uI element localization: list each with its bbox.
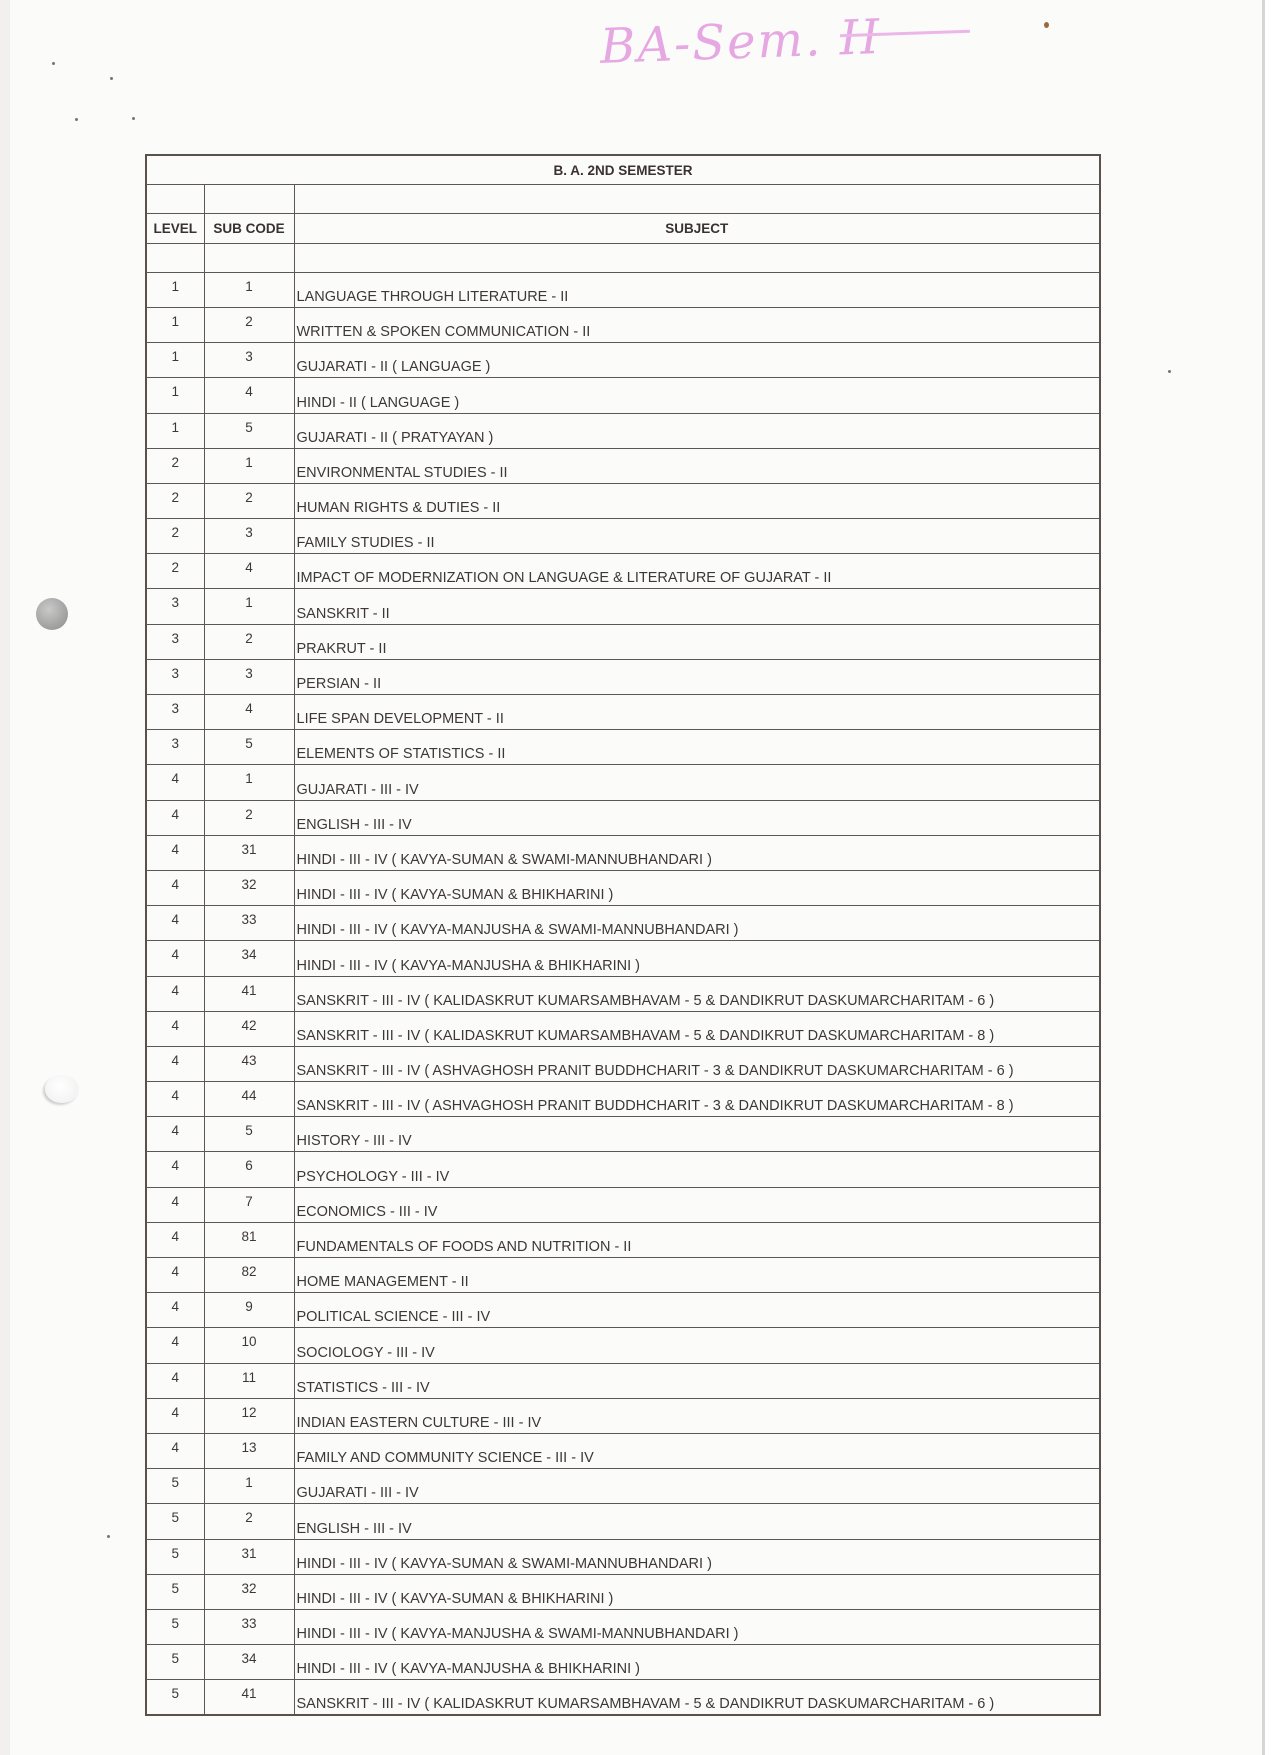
spacer-row — [146, 185, 1100, 214]
subject-cell: GUJARATI - II ( LANGUAGE ) — [294, 343, 1100, 378]
sub-code-cell: 1 — [204, 272, 294, 307]
level-cell: 4 — [146, 800, 204, 835]
level-cell: 4 — [146, 1293, 204, 1328]
subject-cell: SANSKRIT - II — [294, 589, 1100, 624]
scan-left-edge — [0, 0, 10, 1755]
handwritten-note: BA-Sem. II — [599, 9, 882, 75]
subject-cell: ENVIRONMENTAL STUDIES - II — [294, 448, 1100, 483]
sub-code-cell: 31 — [204, 1539, 294, 1574]
table-row: 22HUMAN RIGHTS & DUTIES - II — [146, 483, 1100, 518]
level-cell: 5 — [146, 1680, 204, 1716]
sub-code-cell: 43 — [204, 1046, 294, 1081]
sub-code-cell: 4 — [204, 695, 294, 730]
sub-code-cell: 34 — [204, 1645, 294, 1680]
level-cell: 4 — [146, 976, 204, 1011]
sub-code-cell: 9 — [204, 1293, 294, 1328]
level-cell: 4 — [146, 1363, 204, 1398]
header-sub-code: SUB CODE — [204, 214, 294, 243]
sub-code-cell: 1 — [204, 1469, 294, 1504]
sub-code-cell: 4 — [204, 554, 294, 589]
level-cell: 4 — [146, 1117, 204, 1152]
sub-code-cell: 1 — [204, 765, 294, 800]
subject-cell: INDIAN EASTERN CULTURE - III - IV — [294, 1398, 1100, 1433]
table-row: 444SANSKRIT - III - IV ( ASHVAGHOSH PRAN… — [146, 1082, 1100, 1117]
subject-cell: SANSKRIT - III - IV ( ASHVAGHOSH PRANIT … — [294, 1046, 1100, 1081]
scan-speck — [52, 62, 55, 65]
subject-cell: HINDI - III - IV ( KAVYA-SUMAN & BHIKHAR… — [294, 1574, 1100, 1609]
table-title-row: B. A. 2ND SEMESTER — [146, 155, 1100, 185]
sub-code-cell: 41 — [204, 1680, 294, 1716]
sub-code-cell: 6 — [204, 1152, 294, 1187]
table-row: 32PRAKRUT - II — [146, 624, 1100, 659]
level-cell: 1 — [146, 413, 204, 448]
sub-code-cell: 2 — [204, 800, 294, 835]
level-cell: 3 — [146, 695, 204, 730]
subject-cell: LIFE SPAN DEVELOPMENT - II — [294, 695, 1100, 730]
table-row: 441SANSKRIT - III - IV ( KALIDASKRUT KUM… — [146, 976, 1100, 1011]
level-cell: 5 — [146, 1469, 204, 1504]
table-row: 411STATISTICS - III - IV — [146, 1363, 1100, 1398]
subject-cell: HINDI - III - IV ( KAVYA-MANJUSHA & SWAM… — [294, 906, 1100, 941]
table-row: 410SOCIOLOGY - III - IV — [146, 1328, 1100, 1363]
sub-code-cell: 81 — [204, 1222, 294, 1257]
subject-cell: ECONOMICS - III - IV — [294, 1187, 1100, 1222]
scan-speck — [110, 77, 113, 80]
sub-code-cell: 2 — [204, 624, 294, 659]
subject-cell: SANSKRIT - III - IV ( KALIDASKRUT KUMARS… — [294, 1680, 1100, 1716]
table-row: 481FUNDAMENTALS OF FOODS AND NUTRITION -… — [146, 1222, 1100, 1257]
sub-code-cell: 3 — [204, 343, 294, 378]
table-row: 33PERSIAN - II — [146, 659, 1100, 694]
subject-cell: HINDI - III - IV ( KAVYA-SUMAN & SWAMI-M… — [294, 835, 1100, 870]
subject-cell: LANGUAGE THROUGH LITERATURE - II — [294, 272, 1100, 307]
table-row: 42ENGLISH - III - IV — [146, 800, 1100, 835]
subject-cell: GUJARATI - II ( PRATYAYAN ) — [294, 413, 1100, 448]
subject-cell: FAMILY STUDIES - II — [294, 519, 1100, 554]
sub-code-cell: 42 — [204, 1011, 294, 1046]
level-cell: 5 — [146, 1539, 204, 1574]
subject-cell: HUMAN RIGHTS & DUTIES - II — [294, 483, 1100, 518]
level-cell: 4 — [146, 1046, 204, 1081]
subject-cell: HINDI - III - IV ( KAVYA-MANJUSHA & SWAM… — [294, 1609, 1100, 1644]
table-row: 35ELEMENTS OF STATISTICS - II — [146, 730, 1100, 765]
subject-cell: ENGLISH - III - IV — [294, 800, 1100, 835]
level-cell: 5 — [146, 1504, 204, 1539]
level-cell: 1 — [146, 272, 204, 307]
table-row: 47ECONOMICS - III - IV — [146, 1187, 1100, 1222]
sub-code-cell: 10 — [204, 1328, 294, 1363]
sub-code-cell: 13 — [204, 1433, 294, 1468]
spacer-row — [146, 243, 1100, 272]
subject-cell: HINDI - III - IV ( KAVYA-SUMAN & SWAMI-M… — [294, 1539, 1100, 1574]
subject-cell: IMPACT OF MODERNIZATION ON LANGUAGE & LI… — [294, 554, 1100, 589]
level-cell: 4 — [146, 1082, 204, 1117]
sub-code-cell: 11 — [204, 1363, 294, 1398]
sub-code-cell: 2 — [204, 1504, 294, 1539]
table-row: 431HINDI - III - IV ( KAVYA-SUMAN & SWAM… — [146, 835, 1100, 870]
table-body: 11LANGUAGE THROUGH LITERATURE - II12WRIT… — [146, 272, 1100, 1715]
table-row: 41GUJARATI - III - IV — [146, 765, 1100, 800]
table-row: 46PSYCHOLOGY - III - IV — [146, 1152, 1100, 1187]
level-cell: 4 — [146, 906, 204, 941]
subject-cell: SANSKRIT - III - IV ( KALIDASKRUT KUMARS… — [294, 976, 1100, 1011]
subject-cell: SOCIOLOGY - III - IV — [294, 1328, 1100, 1363]
table-row: 533HINDI - III - IV ( KAVYA-MANJUSHA & S… — [146, 1609, 1100, 1644]
table-row: 45HISTORY - III - IV — [146, 1117, 1100, 1152]
subject-code-table: B. A. 2ND SEMESTER LEVEL SUB CODE SUBJEC… — [145, 154, 1101, 1716]
header-subject: SUBJECT — [294, 214, 1100, 243]
subject-cell: HISTORY - III - IV — [294, 1117, 1100, 1152]
table-row: 11LANGUAGE THROUGH LITERATURE - II — [146, 272, 1100, 307]
table-row: 12WRITTEN & SPOKEN COMMUNICATION - II — [146, 307, 1100, 342]
subject-cell: HOME MANAGEMENT - II — [294, 1258, 1100, 1293]
level-cell: 5 — [146, 1574, 204, 1609]
sub-code-cell: 41 — [204, 976, 294, 1011]
subject-cell: ELEMENTS OF STATISTICS - II — [294, 730, 1100, 765]
header-level: LEVEL — [146, 214, 204, 243]
level-cell: 4 — [146, 870, 204, 905]
table-row: 14HINDI - II ( LANGUAGE ) — [146, 378, 1100, 413]
level-cell: 4 — [146, 1187, 204, 1222]
subject-cell: HINDI - III - IV ( KAVYA-MANJUSHA & BHIK… — [294, 941, 1100, 976]
level-cell: 4 — [146, 1011, 204, 1046]
sub-code-cell: 3 — [204, 659, 294, 694]
level-cell: 2 — [146, 448, 204, 483]
level-cell: 1 — [146, 378, 204, 413]
table-row: 15GUJARATI - II ( PRATYAYAN ) — [146, 413, 1100, 448]
table-row: 433HINDI - III - IV ( KAVYA-MANJUSHA & S… — [146, 906, 1100, 941]
level-cell: 3 — [146, 730, 204, 765]
sub-code-cell: 2 — [204, 483, 294, 518]
punch-hole-icon — [36, 598, 68, 630]
sub-code-cell: 5 — [204, 730, 294, 765]
sub-code-cell: 32 — [204, 1574, 294, 1609]
table-header-row: LEVEL SUB CODE SUBJECT — [146, 214, 1100, 243]
subject-cell: FAMILY AND COMMUNITY SCIENCE - III - IV — [294, 1433, 1100, 1468]
level-cell: 3 — [146, 589, 204, 624]
scan-speck — [1168, 370, 1171, 373]
sub-code-cell: 33 — [204, 906, 294, 941]
level-cell: 2 — [146, 519, 204, 554]
sub-code-cell: 82 — [204, 1258, 294, 1293]
level-cell: 2 — [146, 554, 204, 589]
table-row: 412INDIAN EASTERN CULTURE - III - IV — [146, 1398, 1100, 1433]
level-cell: 1 — [146, 307, 204, 342]
level-cell: 4 — [146, 1258, 204, 1293]
subject-cell: PERSIAN - II — [294, 659, 1100, 694]
table-row: 52ENGLISH - III - IV — [146, 1504, 1100, 1539]
table-row: 21ENVIRONMENTAL STUDIES - II — [146, 448, 1100, 483]
level-cell: 4 — [146, 1328, 204, 1363]
scan-speck — [107, 1535, 110, 1538]
sub-code-cell: 3 — [204, 519, 294, 554]
level-cell: 5 — [146, 1609, 204, 1644]
punch-hole-icon — [45, 1075, 79, 1103]
table-row: 443SANSKRIT - III - IV ( ASHVAGHOSH PRAN… — [146, 1046, 1100, 1081]
sub-code-cell: 34 — [204, 941, 294, 976]
level-cell: 4 — [146, 765, 204, 800]
sub-code-cell: 12 — [204, 1398, 294, 1433]
subject-cell: GUJARATI - III - IV — [294, 1469, 1100, 1504]
level-cell: 3 — [146, 659, 204, 694]
subject-cell: GUJARATI - III - IV — [294, 765, 1100, 800]
table-row: 13GUJARATI - II ( LANGUAGE ) — [146, 343, 1100, 378]
sub-code-cell: 31 — [204, 835, 294, 870]
table-row: 482HOME MANAGEMENT - II — [146, 1258, 1100, 1293]
sub-code-cell: 4 — [204, 378, 294, 413]
table-row: 432HINDI - III - IV ( KAVYA-SUMAN & BHIK… — [146, 870, 1100, 905]
subject-cell: POLITICAL SCIENCE - III - IV — [294, 1293, 1100, 1328]
level-cell: 4 — [146, 941, 204, 976]
level-cell: 4 — [146, 1433, 204, 1468]
subject-cell: HINDI - II ( LANGUAGE ) — [294, 378, 1100, 413]
sub-code-cell: 2 — [204, 307, 294, 342]
subject-cell: FUNDAMENTALS OF FOODS AND NUTRITION - II — [294, 1222, 1100, 1257]
sub-code-cell: 33 — [204, 1609, 294, 1644]
table-row: 24IMPACT OF MODERNIZATION ON LANGUAGE & … — [146, 554, 1100, 589]
subject-cell: HINDI - III - IV ( KAVYA-MANJUSHA & BHIK… — [294, 1645, 1100, 1680]
table-title: B. A. 2ND SEMESTER — [146, 155, 1100, 185]
subject-cell: SANSKRIT - III - IV ( ASHVAGHOSH PRANIT … — [294, 1082, 1100, 1117]
subject-cell: ENGLISH - III - IV — [294, 1504, 1100, 1539]
level-cell: 4 — [146, 1398, 204, 1433]
subject-cell: STATISTICS - III - IV — [294, 1363, 1100, 1398]
table-row: 442SANSKRIT - III - IV ( KALIDASKRUT KUM… — [146, 1011, 1100, 1046]
level-cell: 1 — [146, 343, 204, 378]
level-cell: 4 — [146, 1222, 204, 1257]
subject-cell: SANSKRIT - III - IV ( KALIDASKRUT KUMARS… — [294, 1011, 1100, 1046]
sub-code-cell: 5 — [204, 413, 294, 448]
scan-speck — [1044, 22, 1049, 28]
table-row: 23FAMILY STUDIES - II — [146, 519, 1100, 554]
scan-right-margin — [1265, 0, 1276, 1755]
table-row: 532HINDI - III - IV ( KAVYA-SUMAN & BHIK… — [146, 1574, 1100, 1609]
sub-code-cell: 32 — [204, 870, 294, 905]
table-row: 434HINDI - III - IV ( KAVYA-MANJUSHA & B… — [146, 941, 1100, 976]
subject-cell: HINDI - III - IV ( KAVYA-SUMAN & BHIKHAR… — [294, 870, 1100, 905]
level-cell: 2 — [146, 483, 204, 518]
level-cell: 4 — [146, 835, 204, 870]
table-row: 541SANSKRIT - III - IV ( KALIDASKRUT KUM… — [146, 1680, 1100, 1716]
table-row: 31SANSKRIT - II — [146, 589, 1100, 624]
sub-code-cell: 7 — [204, 1187, 294, 1222]
sub-code-cell: 44 — [204, 1082, 294, 1117]
sub-code-cell: 5 — [204, 1117, 294, 1152]
table-row: 51GUJARATI - III - IV — [146, 1469, 1100, 1504]
scan-speck — [75, 118, 78, 121]
table-row: 49POLITICAL SCIENCE - III - IV — [146, 1293, 1100, 1328]
subject-cell: PSYCHOLOGY - III - IV — [294, 1152, 1100, 1187]
sub-code-cell: 1 — [204, 589, 294, 624]
level-cell: 3 — [146, 624, 204, 659]
level-cell: 5 — [146, 1645, 204, 1680]
table-row: 534HINDI - III - IV ( KAVYA-MANJUSHA & B… — [146, 1645, 1100, 1680]
table-row: 531HINDI - III - IV ( KAVYA-SUMAN & SWAM… — [146, 1539, 1100, 1574]
scan-speck — [132, 117, 135, 120]
subject-cell: PRAKRUT - II — [294, 624, 1100, 659]
table-row: 34LIFE SPAN DEVELOPMENT - II — [146, 695, 1100, 730]
table-row: 413FAMILY AND COMMUNITY SCIENCE - III - … — [146, 1433, 1100, 1468]
subject-cell: WRITTEN & SPOKEN COMMUNICATION - II — [294, 307, 1100, 342]
level-cell: 4 — [146, 1152, 204, 1187]
sub-code-cell: 1 — [204, 448, 294, 483]
